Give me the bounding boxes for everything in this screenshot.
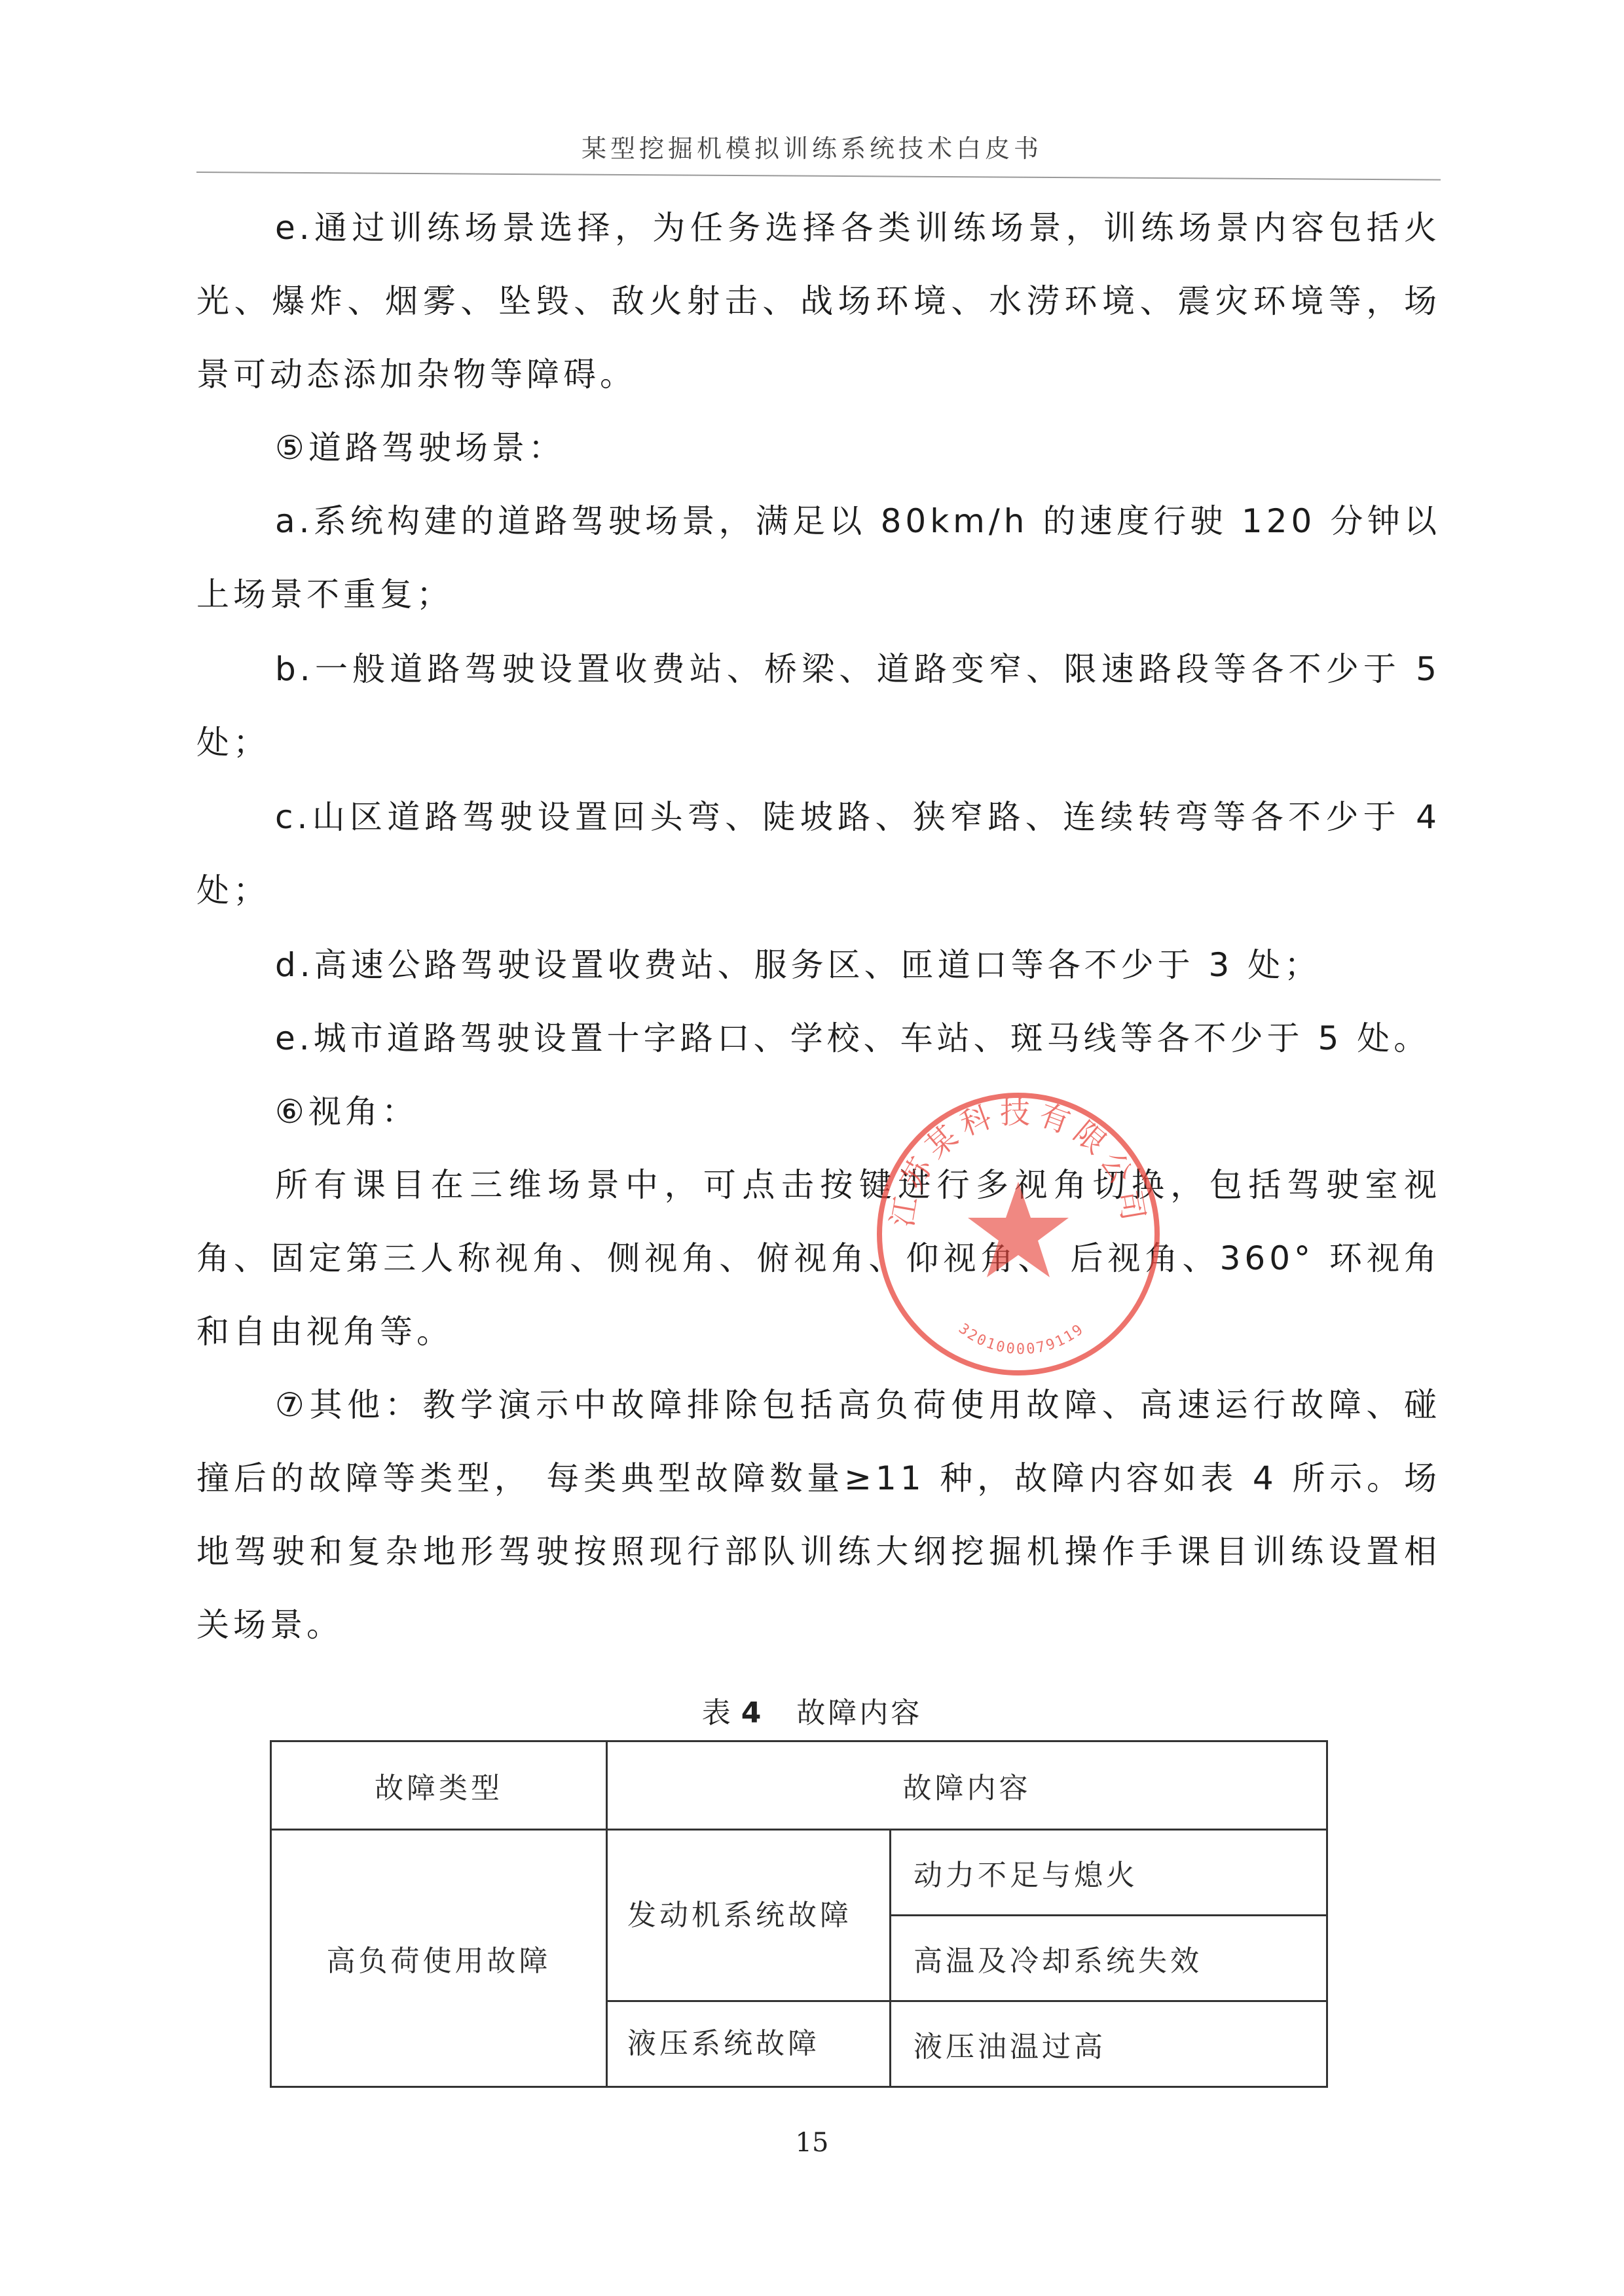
table-caption: 表4故障内容 (0, 1689, 1624, 1731)
fault-item-cell: 液压油温过高 (891, 2001, 1327, 2087)
paragraph-road-c: c.山区道路驾驶设置回头弯、陡坡路、狭窄路、连续转弯等各不少于 4 处； (196, 780, 1441, 927)
running-header-title: 某型挖掘机模拟训练系统技术白皮书 (0, 128, 1624, 164)
document-page: 某型挖掘机模拟训练系统技术白皮书 e.通过训练场景选择，为任务选择各类训练场景，… (0, 0, 1624, 2296)
fault-item-cell: 高温及冷却系统失效 (891, 1916, 1327, 2001)
paragraph-scene-selection: e.通过训练场景选择，为任务选择各类训练场景，训练场景内容包括火光、爆炸、烟雾、… (196, 191, 1441, 411)
section-heading-road-driving: ⑤道路驾驶场景： (196, 411, 1441, 484)
header-divider (196, 172, 1441, 181)
paragraph-road-b: b.一般道路驾驶设置收费站、桥梁、道路变窄、限速路段等各不少于 5 处； (196, 632, 1441, 779)
header-fault-content: 故障内容 (607, 1741, 1327, 1830)
table-caption-title: 故障内容 (796, 1696, 922, 1730)
paragraph-road-d: d.高速公路驾驶设置收费站、服务区、匝道口等各不少于 3 处； (196, 928, 1441, 1002)
fault-subsystem-cell: 液压系统故障 (607, 2001, 891, 2087)
paragraph-road-a: a.系统构建的道路驾驶场景，满足以 80km/h 的速度行驶 120 分钟以上场… (196, 484, 1441, 631)
fault-category-cell: 高负荷使用故障 (271, 1830, 607, 2087)
paragraph-view-angle: 所有课目在三维场景中，可点击按键进行多视角切换，包括驾驶室视角、固定第三人称视角… (196, 1148, 1441, 1368)
header-fault-type: 故障类型 (271, 1741, 607, 1830)
fault-item-cell: 动力不足与熄火 (891, 1830, 1327, 1916)
table-header-row: 故障类型 故障内容 (271, 1741, 1327, 1830)
paragraph-road-e: e.城市道路驾驶设置十字路口、学校、车站、斑马线等各不少于 5 处。 (196, 1002, 1441, 1075)
fault-subsystem-cell: 发动机系统故障 (607, 1830, 891, 2001)
paragraph-other: ⑦其他：教学演示中故障排除包括高负荷使用故障、高速运行故障、碰撞后的故障等类型，… (196, 1368, 1441, 1662)
page-number: 15 (0, 2128, 1624, 2158)
table-caption-number: 4 (741, 1696, 764, 1730)
table-row: 高负荷使用故障 发动机系统故障 动力不足与熄火 (271, 1830, 1327, 1916)
fault-content-table: 故障类型 故障内容 高负荷使用故障 发动机系统故障 动力不足与熄火 高温及冷却系… (270, 1740, 1328, 2088)
table-caption-prefix: 表 (702, 1696, 733, 1730)
section-heading-view-angle: ⑥视角： (196, 1075, 1441, 1148)
